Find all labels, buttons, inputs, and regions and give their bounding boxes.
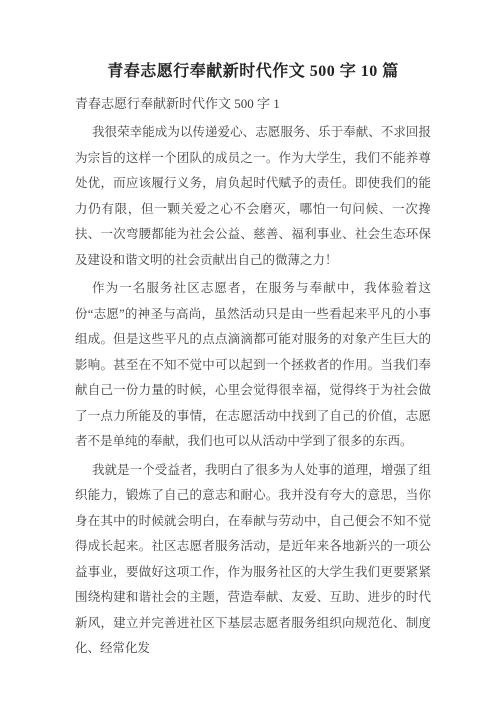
section-heading: 青春志愿行奉献新时代作文 500 字 1 [75,91,431,117]
document-page: 青春志愿行奉献新时代作文 500 字 10 篇 青春志愿行奉献新时代作文 500… [0,0,500,707]
document-title: 青春志愿行奉献新时代作文 500 字 10 篇 [75,60,431,84]
paragraph-2: 作为一名服务社区志愿者，在服务与奉献中，我体验着这份“志愿”的神圣与高尚，虽然活… [75,276,431,455]
paragraph-1: 我很荣幸能成为以传递爱心、志愿服务、乐于奉献、不求回报为宗旨的这样一个团队的成员… [75,120,431,273]
paragraph-3: 我就是一个受益者，我明白了很多为人处事的道理，增强了组织能力，锻炼了自己的意志和… [75,458,431,662]
